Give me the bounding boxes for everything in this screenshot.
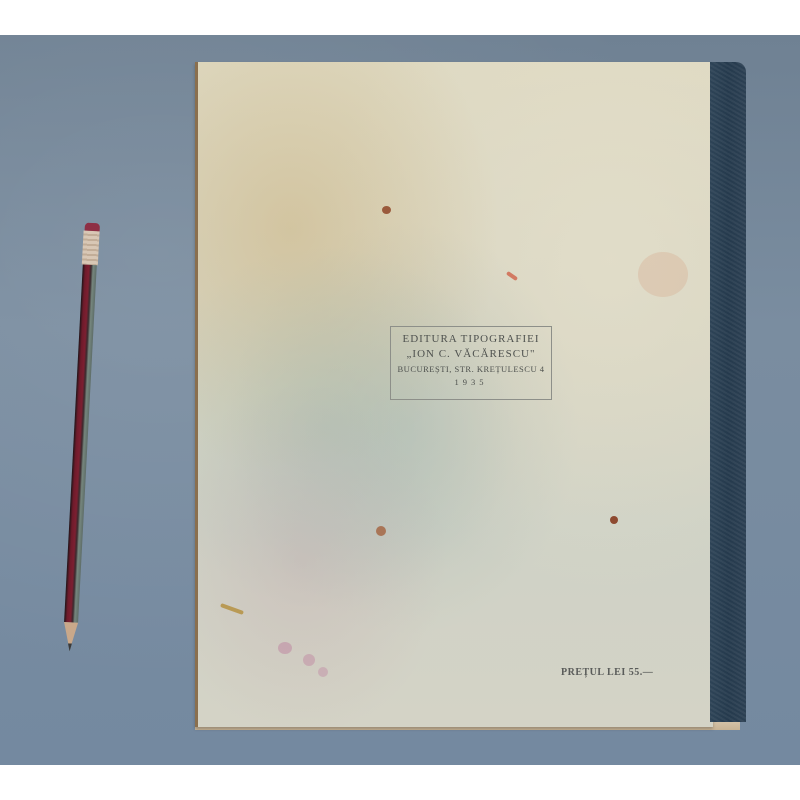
stain bbox=[382, 206, 391, 214]
pencil-body bbox=[64, 265, 97, 623]
publication-year: 1935 bbox=[391, 377, 551, 387]
pencil-ferrule bbox=[82, 231, 100, 266]
publisher-owner: „ION C. VĂCĂRESCU" bbox=[391, 348, 551, 360]
book-back-cover: EDITURA TIPOGRAFIEI „ION C. VĂCĂRESCU" B… bbox=[195, 62, 713, 727]
stain bbox=[303, 654, 315, 666]
photo-background: EDITURA TIPOGRAFIEI „ION C. VĂCĂRESCU" B… bbox=[0, 35, 800, 765]
price-label: PREȚUL LEI 55.— bbox=[561, 667, 653, 678]
stain bbox=[220, 603, 244, 615]
pencil bbox=[62, 223, 101, 653]
stain bbox=[610, 516, 618, 524]
stain bbox=[506, 271, 518, 281]
stain bbox=[638, 252, 688, 297]
book: EDITURA TIPOGRAFIEI „ION C. VĂCĂRESCU" B… bbox=[195, 62, 747, 729]
publisher-imprint: EDITURA TIPOGRAFIEI „ION C. VĂCĂRESCU" B… bbox=[390, 326, 552, 400]
book-spine bbox=[710, 62, 746, 722]
stain bbox=[278, 642, 292, 654]
publisher-name: EDITURA TIPOGRAFIEI bbox=[391, 333, 551, 345]
stain bbox=[376, 526, 386, 536]
stain bbox=[318, 667, 328, 677]
publisher-address: BUCUREȘTI, STR. KREȚULESCU 4 bbox=[391, 364, 551, 374]
